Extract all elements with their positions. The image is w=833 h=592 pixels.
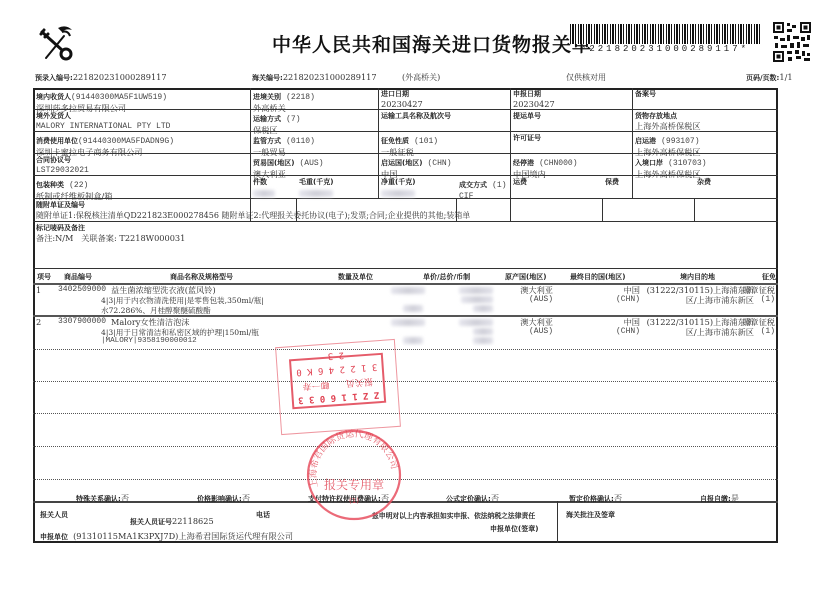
document-title: 中华人民共和国海关进口货物报关单 (272, 30, 592, 57)
record-no-field: 备案号 (635, 89, 656, 99)
transport-name-field: 运输工具名称及航次号 (381, 111, 451, 121)
qr-code-icon (773, 22, 811, 62)
col-header-dest-country: 最终目的国(地区) (570, 272, 625, 282)
svg-text:报关专用章: 报关专用章 (324, 477, 384, 492)
declare-date-field: 申报日期 20230427 (513, 89, 555, 110)
page-indicator: 页码/页数:1/1 (746, 72, 793, 83)
customs-emblem-icon (36, 22, 78, 64)
consignor-field: 境外发货人 MALORY INTERNATIONAL PTY LTD (36, 111, 170, 132)
table-row: 2 3307900000 Malory女性清洁泡沫 4|3|用于日常清洁和私密区… (33, 316, 778, 348)
entry-port-field: 入境口岸 (310703) 上海外高桥保税区 (635, 155, 707, 180)
price-influence-confirm: 价格影响确认:否 (197, 486, 250, 505)
svg-text:(1): (1) (349, 497, 359, 505)
customs-note-label: 海关批注及签章 (566, 510, 615, 520)
verification-note: 仅供核对用 (566, 72, 606, 83)
contract-no-field: 合同协议号 LST29032021 (36, 155, 89, 176)
barcode-text: *221820231000289117* (570, 44, 760, 54)
declarant-unit: 申报单位 (91310115MA1K3PXJ7D)上海希君国际货运代理有限公司 (40, 524, 293, 543)
col-header-levy: 征免 (762, 272, 776, 282)
special-relation-confirm: 特殊关系确认:否 (76, 486, 129, 505)
table-row: 1 3402509000 益生菌浓缩型洗衣液(蓝风铃) 4|3|用于内衣物清洗使… (33, 284, 778, 315)
marks-remarks-field: 标记唛码及备注 备注:N/M 关联备案: T2218W000031 (36, 223, 185, 244)
provisional-price-confirm: 暂定价格确认:否 (569, 486, 622, 505)
col-header-origin: 原产国(地区) (505, 272, 546, 282)
gross-weight-field: 毛重(千克) (299, 177, 333, 197)
misc-fee-field: 杂费 (697, 177, 711, 187)
attached-docs-field: 随附单证及编号 随附单证1:保税核注清单QD221823E000278456 随… (36, 200, 470, 221)
bill-no-field: 提运单号 (513, 111, 541, 121)
package-type-field: 包装种类 (22) 纸制或纤维板制盒/箱 (36, 177, 112, 202)
col-header-quantity: 数量及单位 (338, 272, 373, 282)
declarant-label: 报关人员 (40, 510, 68, 520)
pieces-field: 件数 (253, 177, 275, 197)
col-header-name: 商品名称及规格型号 (170, 272, 233, 282)
storage-place-field: 货物存放地点 上海外高桥保税区 (635, 111, 701, 132)
net-weight-field: 净重(千克) (381, 177, 415, 197)
col-header-price: 单价/总价/币制 (423, 272, 470, 282)
license-no-field: 许可证号 (513, 133, 541, 143)
col-header-no: 项号 (37, 272, 51, 282)
barcode-icon (570, 24, 760, 44)
pre-entry-number: 预录入编号:221820231000289117 (35, 72, 167, 83)
phone-label: 电话 (256, 510, 270, 520)
col-header-hs-code: 商品编号 (64, 272, 92, 282)
transaction-mode-field: 成交方式 (1) CIF (459, 177, 507, 202)
col-header-domestic-dest: 境内目的地 (680, 272, 715, 282)
freight-field: 运费 (513, 177, 527, 187)
insurance-field: 保费 (605, 177, 619, 187)
formula-price-confirm: 公式定价确认:否 (446, 486, 499, 505)
customs-number: 海关编号:221820231000289117 (252, 72, 377, 83)
customs-office: (外高桥关) (402, 72, 440, 83)
import-date-field: 进口日期 20230427 (381, 89, 423, 110)
declarant-rect-stamp: Z Z 1 1 6 0 3 3 报关员 卿一寿 3 1 2 2 4 6 K 0 … (275, 339, 401, 435)
sign-label: 申报单位(签章) (490, 524, 538, 534)
company-round-stamp: 上海希君国际货运代理有限公司 报关专用章 (1) (304, 425, 404, 525)
self-report-confirm: 自报自缴:是 (700, 486, 739, 505)
